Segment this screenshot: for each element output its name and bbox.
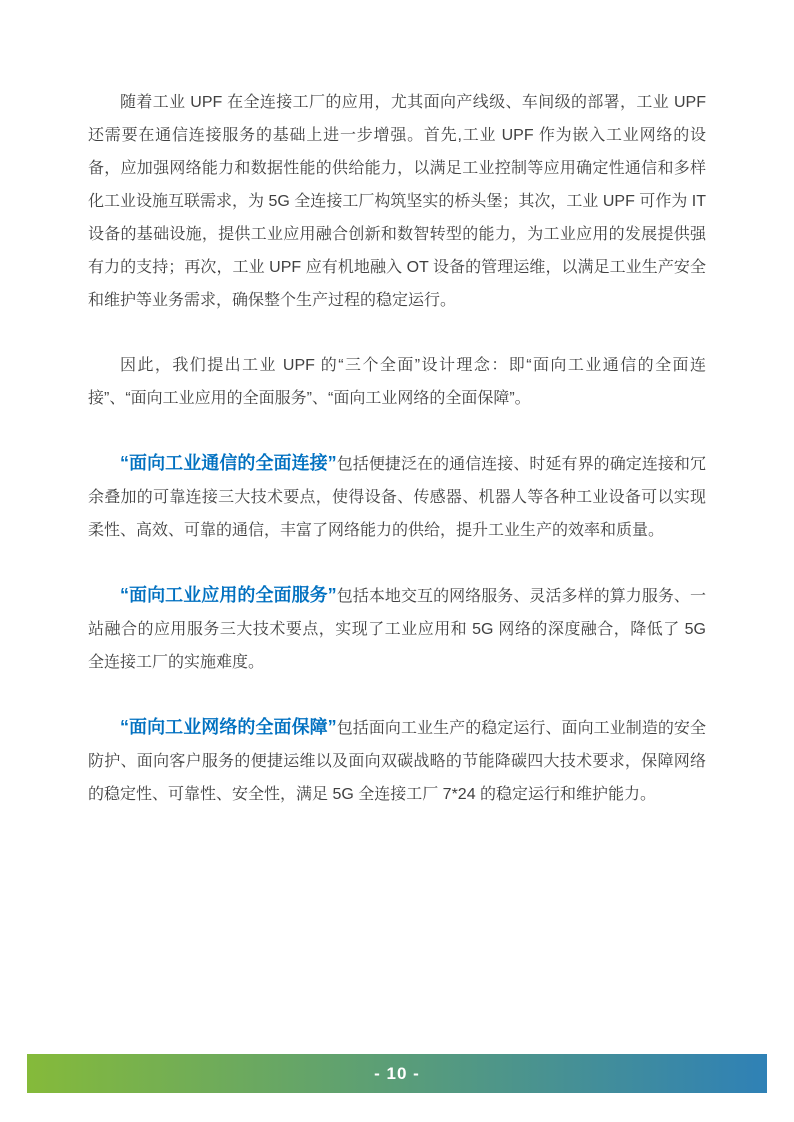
paragraph-text: 随着工业 UPF 在全连接工厂的应用，尤其面向产线级、车间级的部署，工业 UPF… (88, 94, 706, 309)
heading-full-connection: “面向工业通信的全面连接” (120, 453, 337, 473)
paragraph-full-assurance: “面向工业网络的全面保障”包括面向工业生产的稳定运行、面向工业制造的安全防护、面… (88, 711, 706, 811)
document-page: 随着工业 UPF 在全连接工厂的应用，尤其面向产线级、车间级的部署，工业 UPF… (0, 0, 794, 1122)
footer-bar: - 10 - (27, 1054, 767, 1093)
heading-full-assurance: “面向工业网络的全面保障” (120, 717, 337, 737)
paragraph-full-connection: “面向工业通信的全面连接”包括便捷泛在的通信连接、时延有界的确定连接和冗余叠加的… (88, 447, 706, 547)
page-content: 随着工业 UPF 在全连接工厂的应用，尤其面向产线级、车间级的部署，工业 UPF… (88, 86, 706, 811)
heading-full-service: “面向工业应用的全面服务” (120, 585, 337, 605)
page-number: - 10 - (374, 1064, 420, 1084)
paragraph-three-aspects: 因此，我们提出工业 UPF 的“三个全面”设计理念：即“面向工业通信的全面连接”… (88, 349, 706, 415)
paragraph-text: 因此，我们提出工业 UPF 的“三个全面”设计理念：即“面向工业通信的全面连接”… (88, 357, 706, 407)
paragraph-upf-intro: 随着工业 UPF 在全连接工厂的应用，尤其面向产线级、车间级的部署，工业 UPF… (88, 86, 706, 317)
paragraph-full-service: “面向工业应用的全面服务”包括本地交互的网络服务、灵活多样的算力服务、一站融合的… (88, 579, 706, 679)
